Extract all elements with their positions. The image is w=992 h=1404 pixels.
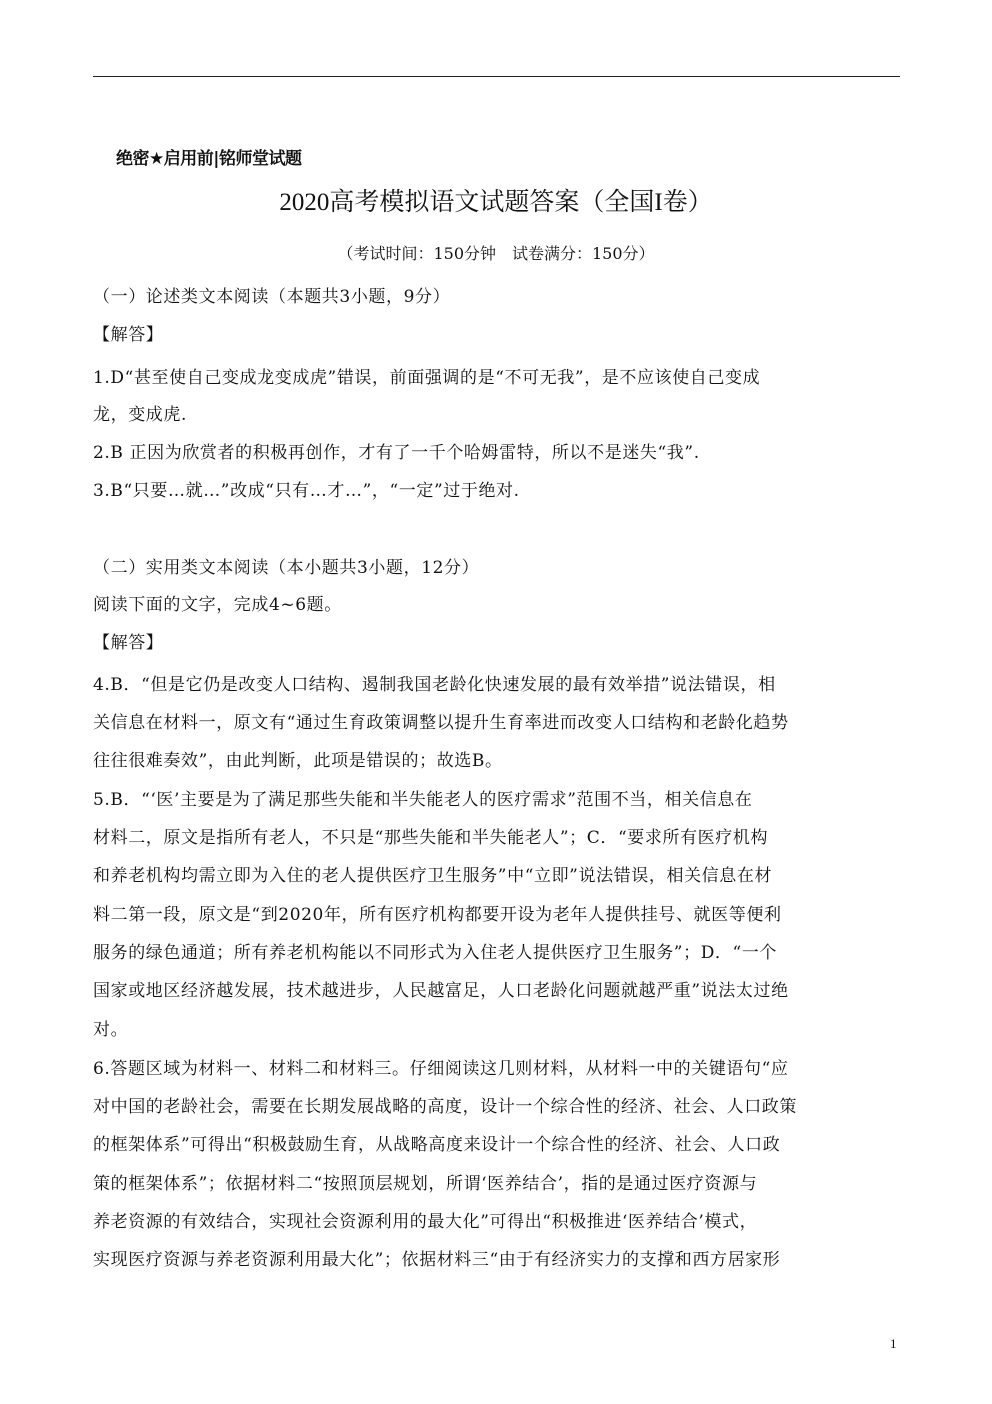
answer-line: 国家或地区经济越发展，技术越进步，人民越富足，人口老龄化问题就越严重”说法太过绝: [93, 976, 789, 1001]
answer-line: 往往很难奏效”，由此判断，此项是错误的；故选B。: [93, 746, 503, 771]
answer-line: 服务的绿色通道；所有养老机构能以不同形式为入住老人提供医疗卫生服务”；D．“一个: [93, 938, 777, 963]
section-1-heading: （一）论述类文本阅读（本题共3小题，9分）: [93, 282, 450, 307]
answer-line: 策的框架体系”；依据材料二“按照顶层规划，所谓‘医养结合’，指的是通过医疗资源与: [93, 1169, 757, 1194]
answer-line: 1.D“甚至使自己变成龙变成虎”错误，前面强调的是“不可无我”，是不应该使自己变…: [93, 363, 760, 388]
answer-line: 和养老机构均需立即为入住的老人提供医疗卫生服务”中“立即”说法错误，相关信息在材: [93, 861, 772, 886]
answer-line: 料二第一段，原文是“到2020年，所有医疗机构都要开设为老年人提供挂号、就医等便…: [93, 900, 782, 925]
answer-line: 对中国的老龄社会，需要在长期发展战略的高度，设计一个综合性的经济、社会、人口政策: [93, 1092, 797, 1117]
answer-line: 材料二，原文是指所有老人，不只是“那些失能和半失能老人”；C．“要求所有医疗机构: [93, 823, 768, 848]
answer-line: 6.答题区域为材料一、材料二和材料三。仔细阅读这几则材料，从材料一中的关键语句“…: [93, 1054, 789, 1079]
answer-line: 实现医疗资源与养老资源利用最大化”；依据材料三“由于有经济实力的支撑和西方居家形: [93, 1245, 780, 1270]
answer-line: 对。: [93, 1015, 128, 1040]
answer-line: 4.B．“但是它仍是改变人口结构、遏制我国老龄化快速发展的最有效举措”说法错误，…: [93, 670, 776, 695]
answer-line: 3.B“只要…就…”改成“只有…才…”，“一定”过于绝对.: [93, 476, 520, 501]
document-title: 2020高考模拟语文试题答案（全国I卷）: [0, 182, 992, 218]
answer-line: 5.B．“‘医’主要是为了满足那些失能和半失能老人的医疗需求”范围不当，相关信息…: [93, 785, 753, 810]
answer-line: 龙，变成虎.: [93, 400, 187, 425]
section-2-heading: （二）实用类文本阅读（本小题共3小题，12分）: [93, 553, 479, 578]
confidential-banner: 绝密★启用前|铭师堂试题: [116, 144, 301, 169]
header-rule: [93, 76, 900, 77]
section-1-answer-label: 【解答】: [93, 320, 163, 345]
answer-line: 关信息在材料一，原文有“通过生育政策调整以提升生育率进而改变人口结构和老龄化趋势: [93, 708, 789, 733]
exam-info: （考试时间：150分钟 试卷满分：150分）: [0, 241, 992, 264]
answer-line: 2.B 正因为欣赏者的积极再创作，才有了一千个哈姆雷特，所以不是迷失“我”.: [93, 438, 700, 463]
section-2-instruction: 阅读下面的文字，完成4~6题。: [93, 590, 342, 615]
section-2-answer-label: 【解答】: [93, 628, 163, 653]
answer-line: 的框架体系”可得出“积极鼓励生育，从战略高度来设计一个综合性的经济、社会、人口政: [93, 1130, 780, 1155]
answer-line: 养老资源的有效结合，实现社会资源利用的最大化”可得出“积极推进‘医养结合’模式，: [93, 1207, 757, 1232]
page-number: 1: [890, 1336, 897, 1352]
